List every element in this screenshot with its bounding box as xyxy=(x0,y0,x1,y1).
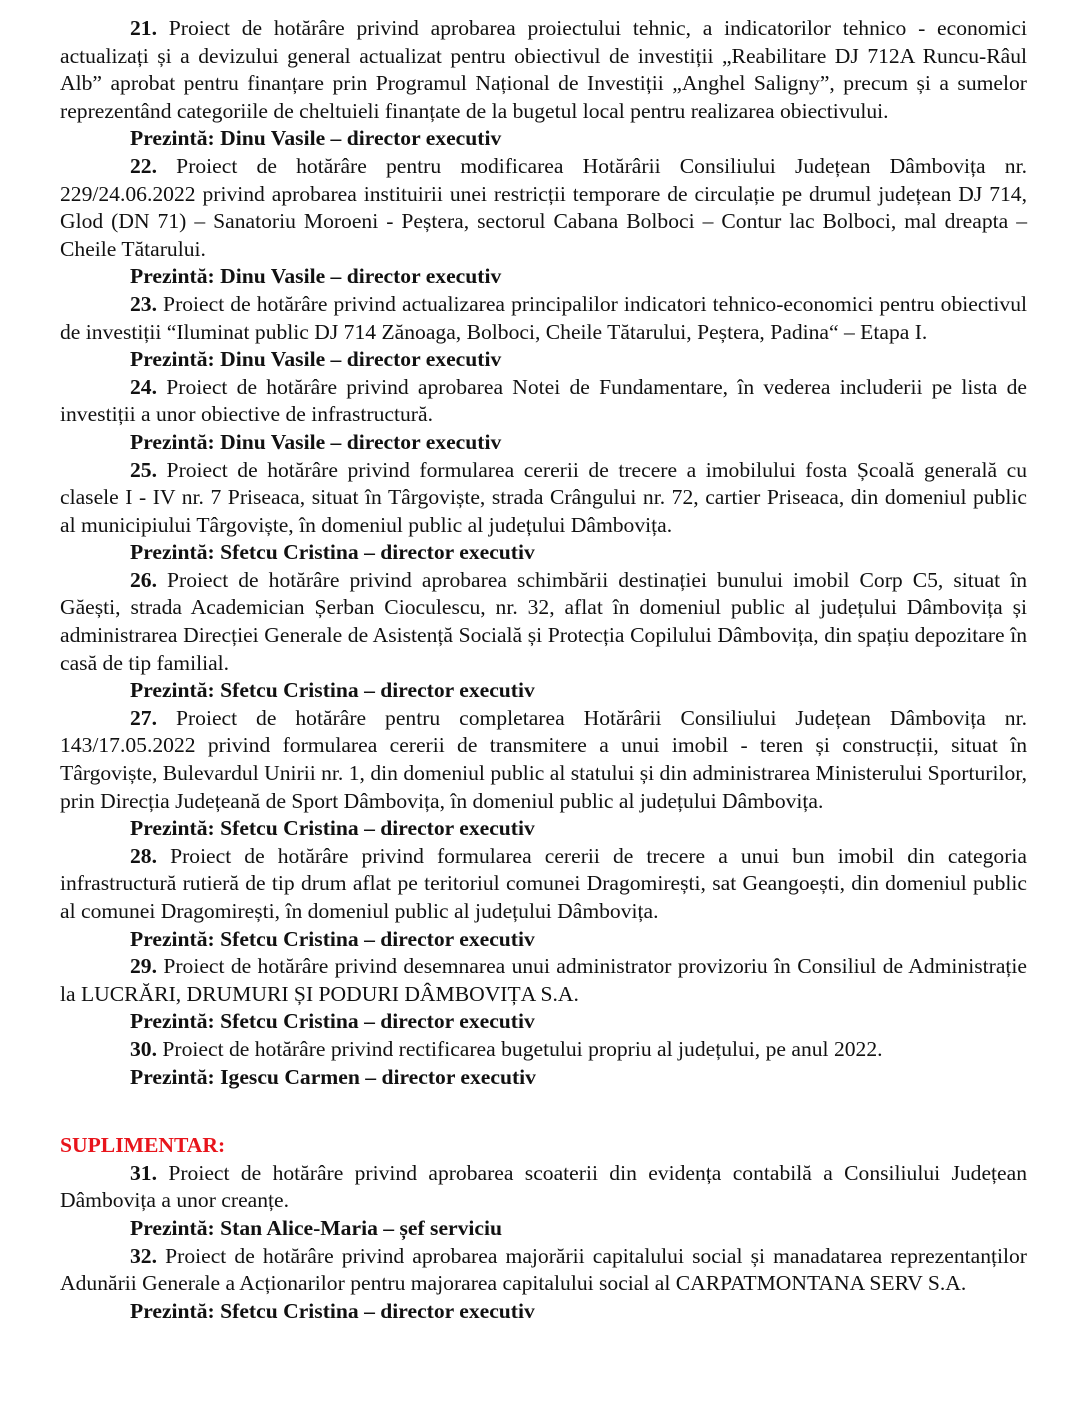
item-presenter: Prezintă: Sfetcu Cristina – director exe… xyxy=(130,1298,1027,1326)
agenda-item-25: 25. Proiect de hotărâre privind formular… xyxy=(60,457,1027,567)
agenda-item-29: 29. Proiect de hotărâre privind desemnar… xyxy=(60,953,1027,1036)
item-presenter: Prezintă: Dinu Vasile – director executi… xyxy=(130,429,1027,457)
item-description: 31. Proiect de hotărâre privind aprobare… xyxy=(60,1160,1027,1215)
item-number: 31. xyxy=(130,1161,157,1185)
agenda-item-22: 22. Proiect de hotărâre pentru modificar… xyxy=(60,153,1027,291)
item-description: 22. Proiect de hotărâre pentru modificar… xyxy=(60,153,1027,263)
item-text: Proiect de hotărâre privind formularea c… xyxy=(60,844,1027,923)
item-presenter: Prezintă: Sfetcu Cristina – director exe… xyxy=(130,926,1027,954)
item-text: Proiect de hotărâre privind aprobarea No… xyxy=(60,375,1027,427)
item-description: 24. Proiect de hotărâre privind aprobare… xyxy=(60,374,1027,429)
item-text: Proiect de hotărâre privind aprobarea ma… xyxy=(60,1244,1027,1296)
item-presenter: Prezintă: Dinu Vasile – director executi… xyxy=(130,125,1027,153)
item-text: Proiect de hotărâre privind actualizarea… xyxy=(60,292,1027,344)
item-text: Proiect de hotărâre privind aprobarea pr… xyxy=(60,16,1027,123)
supplementary-heading: SUPLIMENTAR: xyxy=(60,1132,1027,1160)
item-presenter: Prezintă: Dinu Vasile – director executi… xyxy=(130,263,1027,291)
agenda-item-31: 31. Proiect de hotărâre privind aprobare… xyxy=(60,1160,1027,1243)
item-number: 22. xyxy=(130,154,157,178)
item-description: 21. Proiect de hotărâre privind aprobare… xyxy=(60,15,1027,125)
item-presenter: Prezintă: Stan Alice-Maria – șef servici… xyxy=(130,1215,1027,1243)
agenda-item-26: 26. Proiect de hotărâre privind aprobare… xyxy=(60,567,1027,705)
agenda-item-32: 32. Proiect de hotărâre privind aprobare… xyxy=(60,1243,1027,1326)
item-description: 23. Proiect de hotărâre privind actualiz… xyxy=(60,291,1027,346)
agenda-document: 21. Proiect de hotărâre privind aprobare… xyxy=(60,15,1027,1325)
item-presenter: Prezintă: Sfetcu Cristina – director exe… xyxy=(130,539,1027,567)
item-text: Proiect de hotărâre privind rectificarea… xyxy=(157,1037,883,1061)
item-number: 25. xyxy=(130,458,157,482)
item-description: 25. Proiect de hotărâre privind formular… xyxy=(60,457,1027,540)
agenda-item-30: 30. Proiect de hotărâre privind rectific… xyxy=(60,1036,1027,1091)
item-presenter: Prezintă: Dinu Vasile – director executi… xyxy=(130,346,1027,374)
item-description: 28. Proiect de hotărâre privind formular… xyxy=(60,843,1027,926)
item-description: 27. Proiect de hotărâre pentru completar… xyxy=(60,705,1027,815)
agenda-item-27: 27. Proiect de hotărâre pentru completar… xyxy=(60,705,1027,843)
agenda-item-23: 23. Proiect de hotărâre privind actualiz… xyxy=(60,291,1027,374)
item-number: 23. xyxy=(130,292,157,316)
item-number: 30. xyxy=(130,1037,157,1061)
item-presenter: Prezintă: Igescu Carmen – director execu… xyxy=(130,1064,1027,1092)
item-presenter: Prezintă: Sfetcu Cristina – director exe… xyxy=(130,1008,1027,1036)
item-number: 21. xyxy=(130,16,157,40)
item-description: 26. Proiect de hotărâre privind aprobare… xyxy=(60,567,1027,677)
agenda-item-28: 28. Proiect de hotărâre privind formular… xyxy=(60,843,1027,953)
item-number: 29. xyxy=(130,954,157,978)
item-number: 32. xyxy=(130,1244,157,1268)
item-presenter: Prezintă: Sfetcu Cristina – director exe… xyxy=(130,815,1027,843)
item-text: Proiect de hotărâre privind desemnarea u… xyxy=(60,954,1027,1006)
item-number: 28. xyxy=(130,844,157,868)
item-text: Proiect de hotărâre privind aprobarea sc… xyxy=(60,568,1027,675)
item-text: Proiect de hotărâre pentru completarea H… xyxy=(60,706,1027,813)
item-number: 24. xyxy=(130,375,157,399)
item-text: Proiect de hotărâre privind aprobarea sc… xyxy=(60,1161,1027,1213)
item-description: 32. Proiect de hotărâre privind aprobare… xyxy=(60,1243,1027,1298)
agenda-item-21: 21. Proiect de hotărâre privind aprobare… xyxy=(60,15,1027,153)
item-description: 29. Proiect de hotărâre privind desemnar… xyxy=(60,953,1027,1008)
item-text: Proiect de hotărâre privind formularea c… xyxy=(60,458,1027,537)
item-number: 26. xyxy=(130,568,157,592)
item-number: 27. xyxy=(130,706,157,730)
item-presenter: Prezintă: Sfetcu Cristina – director exe… xyxy=(130,677,1027,705)
agenda-item-24: 24. Proiect de hotărâre privind aprobare… xyxy=(60,374,1027,457)
item-description: 30. Proiect de hotărâre privind rectific… xyxy=(60,1036,1027,1064)
item-text: Proiect de hotărâre pentru modificarea H… xyxy=(60,154,1027,261)
